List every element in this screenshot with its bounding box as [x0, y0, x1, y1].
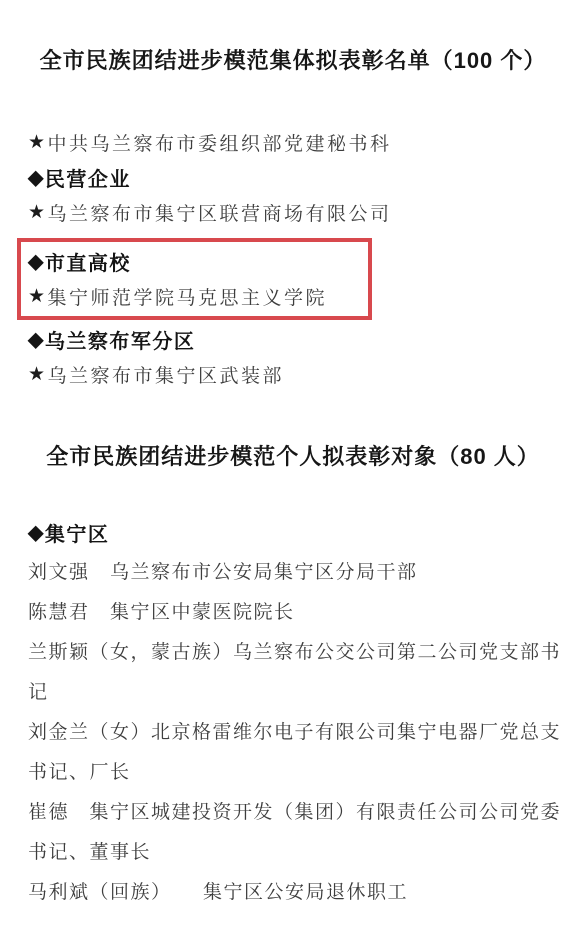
person-line: 崔德 集宁区城建投资开发（集团）有限责任公司公司党委 [28, 790, 558, 830]
diamond-bullet-icon: ◆ [28, 327, 45, 352]
category-text: 集宁区 [45, 518, 110, 547]
document-content: 全市民族团结进步模范集体拟表彰名单（100 个） ★中共乌兰察布市委组织部党建秘… [0, 0, 585, 910]
person-line: 刘文强 乌兰察布市公安局集宁区分局干部 [28, 550, 558, 590]
list-entry-row: ★乌兰察布市集宁区武装部 [28, 357, 558, 392]
star-bullet-icon: ★ [28, 285, 48, 308]
category-row: ◆民营企业 [28, 160, 558, 195]
entry-text: 中共乌兰察布市委组织部党建秘书科 [48, 129, 392, 156]
document-page: 全市民族团结进步模范集体拟表彰名单（100 个） ★中共乌兰察布市委组织部党建秘… [0, 0, 585, 951]
category-row: ◆乌兰察布军分区 [28, 322, 558, 357]
star-bullet-icon: ★ [28, 201, 48, 224]
person-line: 马利斌（回族） 集宁区公安局退休职工 [28, 870, 558, 910]
diamond-bullet-icon: ◆ [28, 165, 45, 190]
category-text: 市直高校 [45, 247, 131, 276]
star-bullet-icon: ★ [28, 363, 48, 386]
entry-text: 集宁师范学院马克思主义学院 [48, 283, 328, 310]
star-bullet-icon: ★ [28, 131, 48, 154]
person-line: 陈慧君 集宁区中蒙医院院长 [28, 590, 558, 630]
entry-text: 乌兰察布市集宁区武装部 [48, 361, 285, 388]
category-row: ◆集宁区 [28, 515, 558, 550]
list-entry-row: ★中共乌兰察布市委组织部党建秘书科 [28, 125, 558, 160]
people-list: 刘文强 乌兰察布市公安局集宁区分局干部 陈慧君 集宁区中蒙医院院长 兰斯颖（女，… [28, 550, 558, 910]
diamond-bullet-icon: ◆ [28, 520, 45, 545]
person-line-continuation: 记 [28, 670, 558, 710]
list-entry-row: ★乌兰察布市集宁区联营商场有限公司 [28, 195, 558, 230]
category-text: 民营企业 [45, 163, 131, 192]
person-line: 兰斯颖（女，蒙古族）乌兰察布公交公司第二公司党支部书 [28, 630, 558, 670]
entry-text: 乌兰察布市集宁区联营商场有限公司 [48, 199, 392, 226]
person-line: 刘金兰（女）北京格雷维尔电子有限公司集宁电器厂党总支 [28, 710, 558, 750]
person-line-continuation: 书记、厂长 [28, 750, 558, 790]
section1-list: ★中共乌兰察布市委组织部党建秘书科 ◆民营企业 ★乌兰察布市集宁区联营商场有限公… [28, 125, 558, 392]
section2-title: 全市民族团结进步模范个人拟表彰对象（80 人） [28, 442, 558, 472]
category-row-highlighted: ◆市直高校 [28, 244, 368, 279]
person-line-continuation: 书记、董事长 [28, 830, 558, 870]
diamond-bullet-icon: ◆ [28, 249, 45, 274]
list-entry-row-highlighted: ★集宁师范学院马克思主义学院 [28, 279, 368, 314]
red-highlight-box: ◆市直高校 ★集宁师范学院马克思主义学院 [17, 238, 372, 320]
section1-title: 全市民族团结进步模范集体拟表彰名单（100 个） [28, 46, 558, 76]
category-text: 乌兰察布军分区 [45, 325, 196, 354]
